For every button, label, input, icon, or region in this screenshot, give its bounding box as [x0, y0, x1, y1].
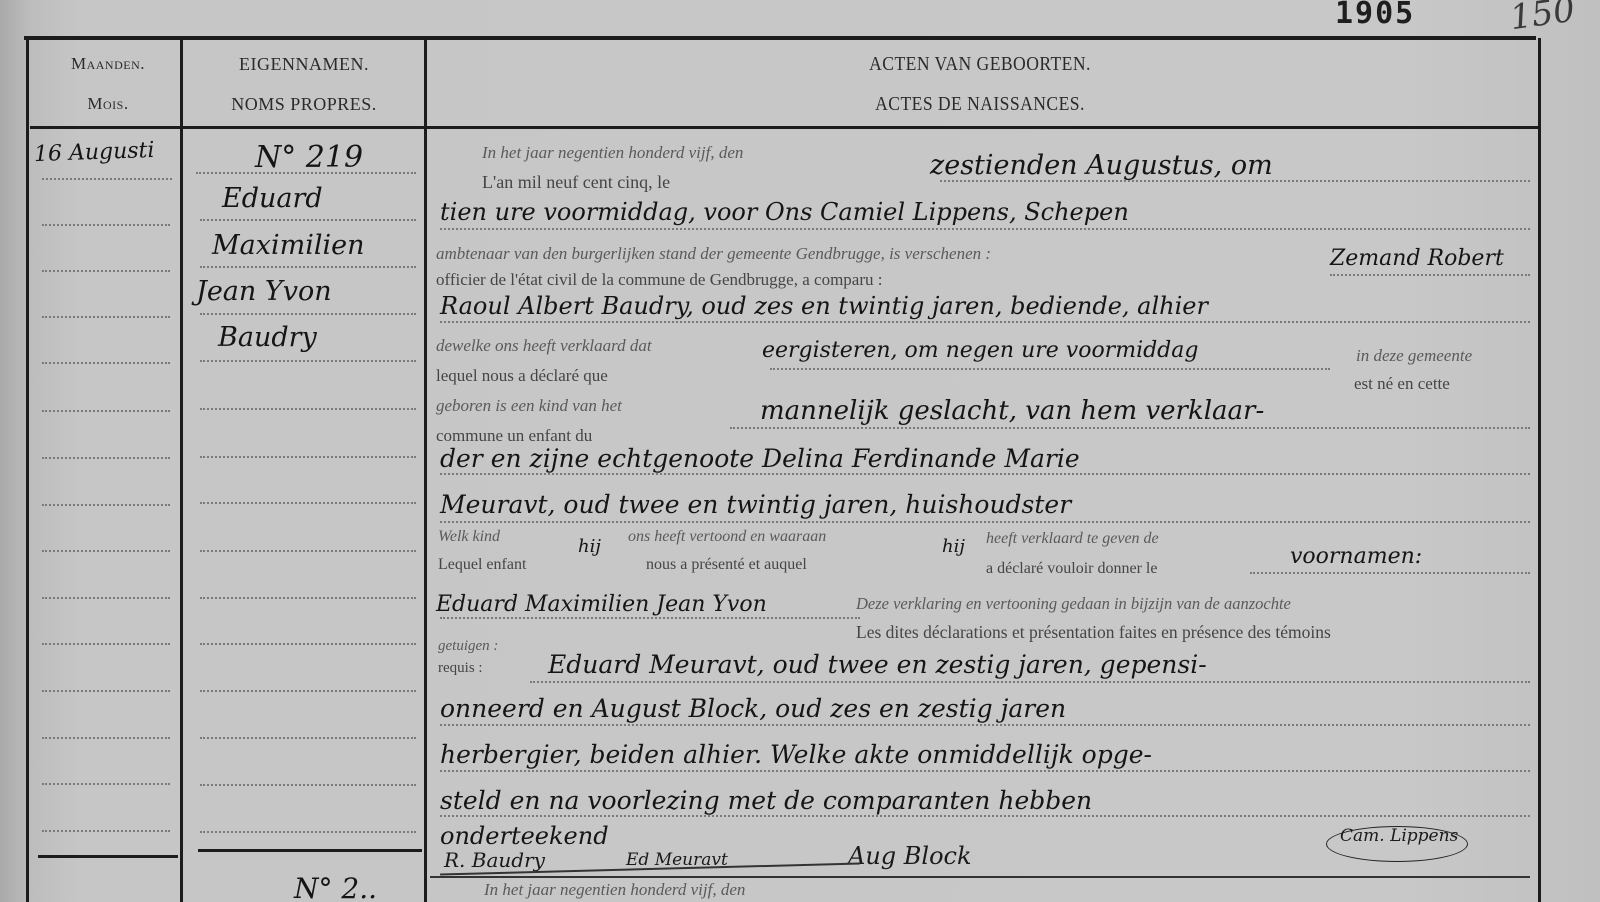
guide-line — [730, 427, 1530, 429]
child-name-3: Jean Yvon — [196, 276, 332, 307]
guide-line — [1250, 572, 1530, 574]
guide-line — [42, 690, 170, 692]
handwritten-line-12: herbergier, beiden alhier. Welke akte on… — [440, 740, 1152, 769]
guide-line — [42, 597, 170, 599]
guide-line — [42, 550, 170, 552]
printed-line7-fr: requis : — [438, 660, 483, 677]
printed-line3-nl: dewelke ons heeft verklaard dat — [436, 336, 652, 356]
signature-witness-2: Aug Block — [848, 842, 972, 870]
guide-line — [200, 597, 416, 599]
col-left-border — [26, 40, 29, 902]
header-bottom-rule — [30, 126, 1540, 129]
guide-line — [440, 521, 1530, 523]
printed-line7-nl: getuigen : — [438, 638, 498, 655]
guide-line — [42, 830, 170, 832]
printed-line4-nl: geboren is een kind van het — [436, 396, 622, 416]
guide-line — [440, 228, 1530, 230]
guide-line — [200, 408, 416, 410]
guide-line — [200, 550, 416, 552]
col-month-divider — [180, 40, 183, 902]
next-entry-printed-line: In het jaar negentien honderd vijf, den — [484, 880, 745, 900]
guide-line — [42, 457, 170, 459]
guide-line — [42, 316, 170, 318]
guide-line — [42, 504, 170, 506]
table-top-rule — [24, 36, 1536, 40]
handwritten-pronoun-1: hij — [578, 536, 601, 557]
header-acts: ACTEN VAN GEBOORTEN. ACTES DE NAISSANCES… — [430, 44, 1530, 124]
entry-bottom-rule-acts — [430, 876, 1530, 878]
child-name-1: Eduard — [222, 183, 323, 214]
child-name-2: Maximilien — [212, 230, 364, 261]
printed-line2-nl: ambtenaar van den burgerlijken stand der… — [436, 244, 991, 264]
guide-line — [440, 724, 1530, 726]
header-months: Maanden. Mois. — [38, 44, 178, 124]
printed-line5-fr-b: nous a présenté et auquel — [646, 556, 807, 574]
guide-line — [42, 737, 170, 739]
entry-bottom-rule-month — [38, 855, 178, 858]
guide-line — [200, 219, 416, 221]
guide-line — [42, 178, 172, 180]
entry-number: N° 219 — [255, 140, 363, 175]
guide-line — [200, 737, 416, 739]
guide-line — [42, 362, 170, 364]
register-page: 1905 150 Maanden. Mois. EIGENNAMEN. NOMS… — [0, 0, 1600, 902]
printed-line4-fr: commune un enfant du — [436, 426, 592, 446]
guide-line — [42, 224, 170, 226]
handwritten-line-14: onderteekend — [440, 822, 609, 850]
guide-line — [200, 643, 416, 645]
printed-line6-nl: Deze verklaring en vertooning gedaan in … — [856, 594, 1291, 614]
printed-line3-fr: lequel nous a déclaré que — [436, 366, 608, 386]
handwritten-voornamen: voornamen: — [1290, 544, 1422, 569]
guide-line — [42, 410, 170, 412]
header-names: EIGENNAMEN. NOMS PROPRES. — [185, 44, 423, 124]
handwritten-line-13: steld en na voorlezing met de comparante… — [440, 786, 1092, 815]
guide-line — [770, 368, 1330, 370]
handwritten-line-1: zestienden Augustus, om — [930, 150, 1273, 181]
guide-line — [440, 815, 1530, 817]
handwritten-line-5: mannelijk geslacht, van hem verklaar- — [760, 396, 1264, 426]
printed-line5-fr-c: a déclaré vouloir donner le — [986, 560, 1157, 578]
guide-line — [200, 784, 416, 786]
year-stamp: 1905 — [1335, 0, 1415, 31]
printed-line3b-fr: est né en cette — [1354, 374, 1450, 394]
guide-line — [200, 266, 416, 268]
guide-line — [200, 313, 416, 315]
printed-line3b-nl: in deze gemeente — [1356, 346, 1472, 366]
guide-line — [200, 360, 416, 362]
guide-line — [530, 681, 1530, 683]
printed-line5-nl-b: ons heeft vertoond en waaraan — [628, 528, 826, 546]
guide-line — [42, 270, 170, 272]
guide-line — [42, 643, 170, 645]
guide-line — [42, 783, 170, 785]
guide-line — [200, 456, 416, 458]
guide-line — [440, 321, 1530, 323]
folio-mark: 150 — [1508, 0, 1578, 38]
handwritten-line-3: Raoul Albert Baudry, oud zes en twintig … — [440, 292, 1208, 320]
handwritten-line-2b: Zemand Robert — [1330, 246, 1504, 271]
guide-line — [1330, 274, 1530, 276]
guide-line — [200, 502, 416, 504]
handwritten-line-11: onneerd en August Block, oud zes en zest… — [440, 694, 1066, 723]
handwritten-line-7: Meuravt, oud twee en twintig jaren, huis… — [440, 490, 1071, 519]
guide-line — [440, 617, 860, 619]
handwritten-given-names: Eduard Maximilien Jean Yvon — [436, 592, 767, 617]
handwritten-line-2: tien ure voormiddag, voor Ons Camiel Lip… — [440, 198, 1129, 226]
handwritten-pronoun-2: hij — [942, 536, 965, 557]
printed-line5-nl-a: Welk kind — [438, 528, 500, 546]
signature-flourish — [1326, 826, 1468, 862]
col-right-border — [1538, 38, 1541, 902]
entry-bottom-rule-names — [198, 849, 422, 852]
printed-line6-fr: Les dites déclarations et présentation f… — [856, 622, 1331, 643]
next-entry-number: N° 2.. — [294, 872, 377, 902]
entry-date: 16 Augusti — [34, 138, 155, 167]
guide-line — [440, 770, 1530, 772]
guide-line — [200, 690, 416, 692]
guide-line — [200, 831, 416, 833]
handwritten-line-4: eergisteren, om negen ure voormiddag — [762, 338, 1198, 363]
signature-father: R. Baudry — [444, 848, 545, 872]
handwritten-line-6: der en zijne echtgenoote Delina Ferdinan… — [440, 444, 1080, 473]
handwritten-line-10: Eduard Meuravt, oud twee en zestig jaren… — [548, 650, 1207, 679]
printed-line1-nl: In het jaar negentien honderd vijf, den — [482, 143, 743, 163]
col-names-divider — [424, 40, 427, 902]
printed-line2-fr: officier de l'état civil de la commune d… — [436, 270, 882, 290]
child-name-4: Baudry — [218, 322, 317, 353]
printed-line5-fr-a: Lequel enfant — [438, 556, 526, 574]
printed-line1-fr: L'an mil neuf cent cinq, le — [482, 172, 670, 193]
guide-line — [440, 473, 1530, 475]
printed-line5-nl-c: heeft verklaard te geven de — [986, 530, 1159, 548]
